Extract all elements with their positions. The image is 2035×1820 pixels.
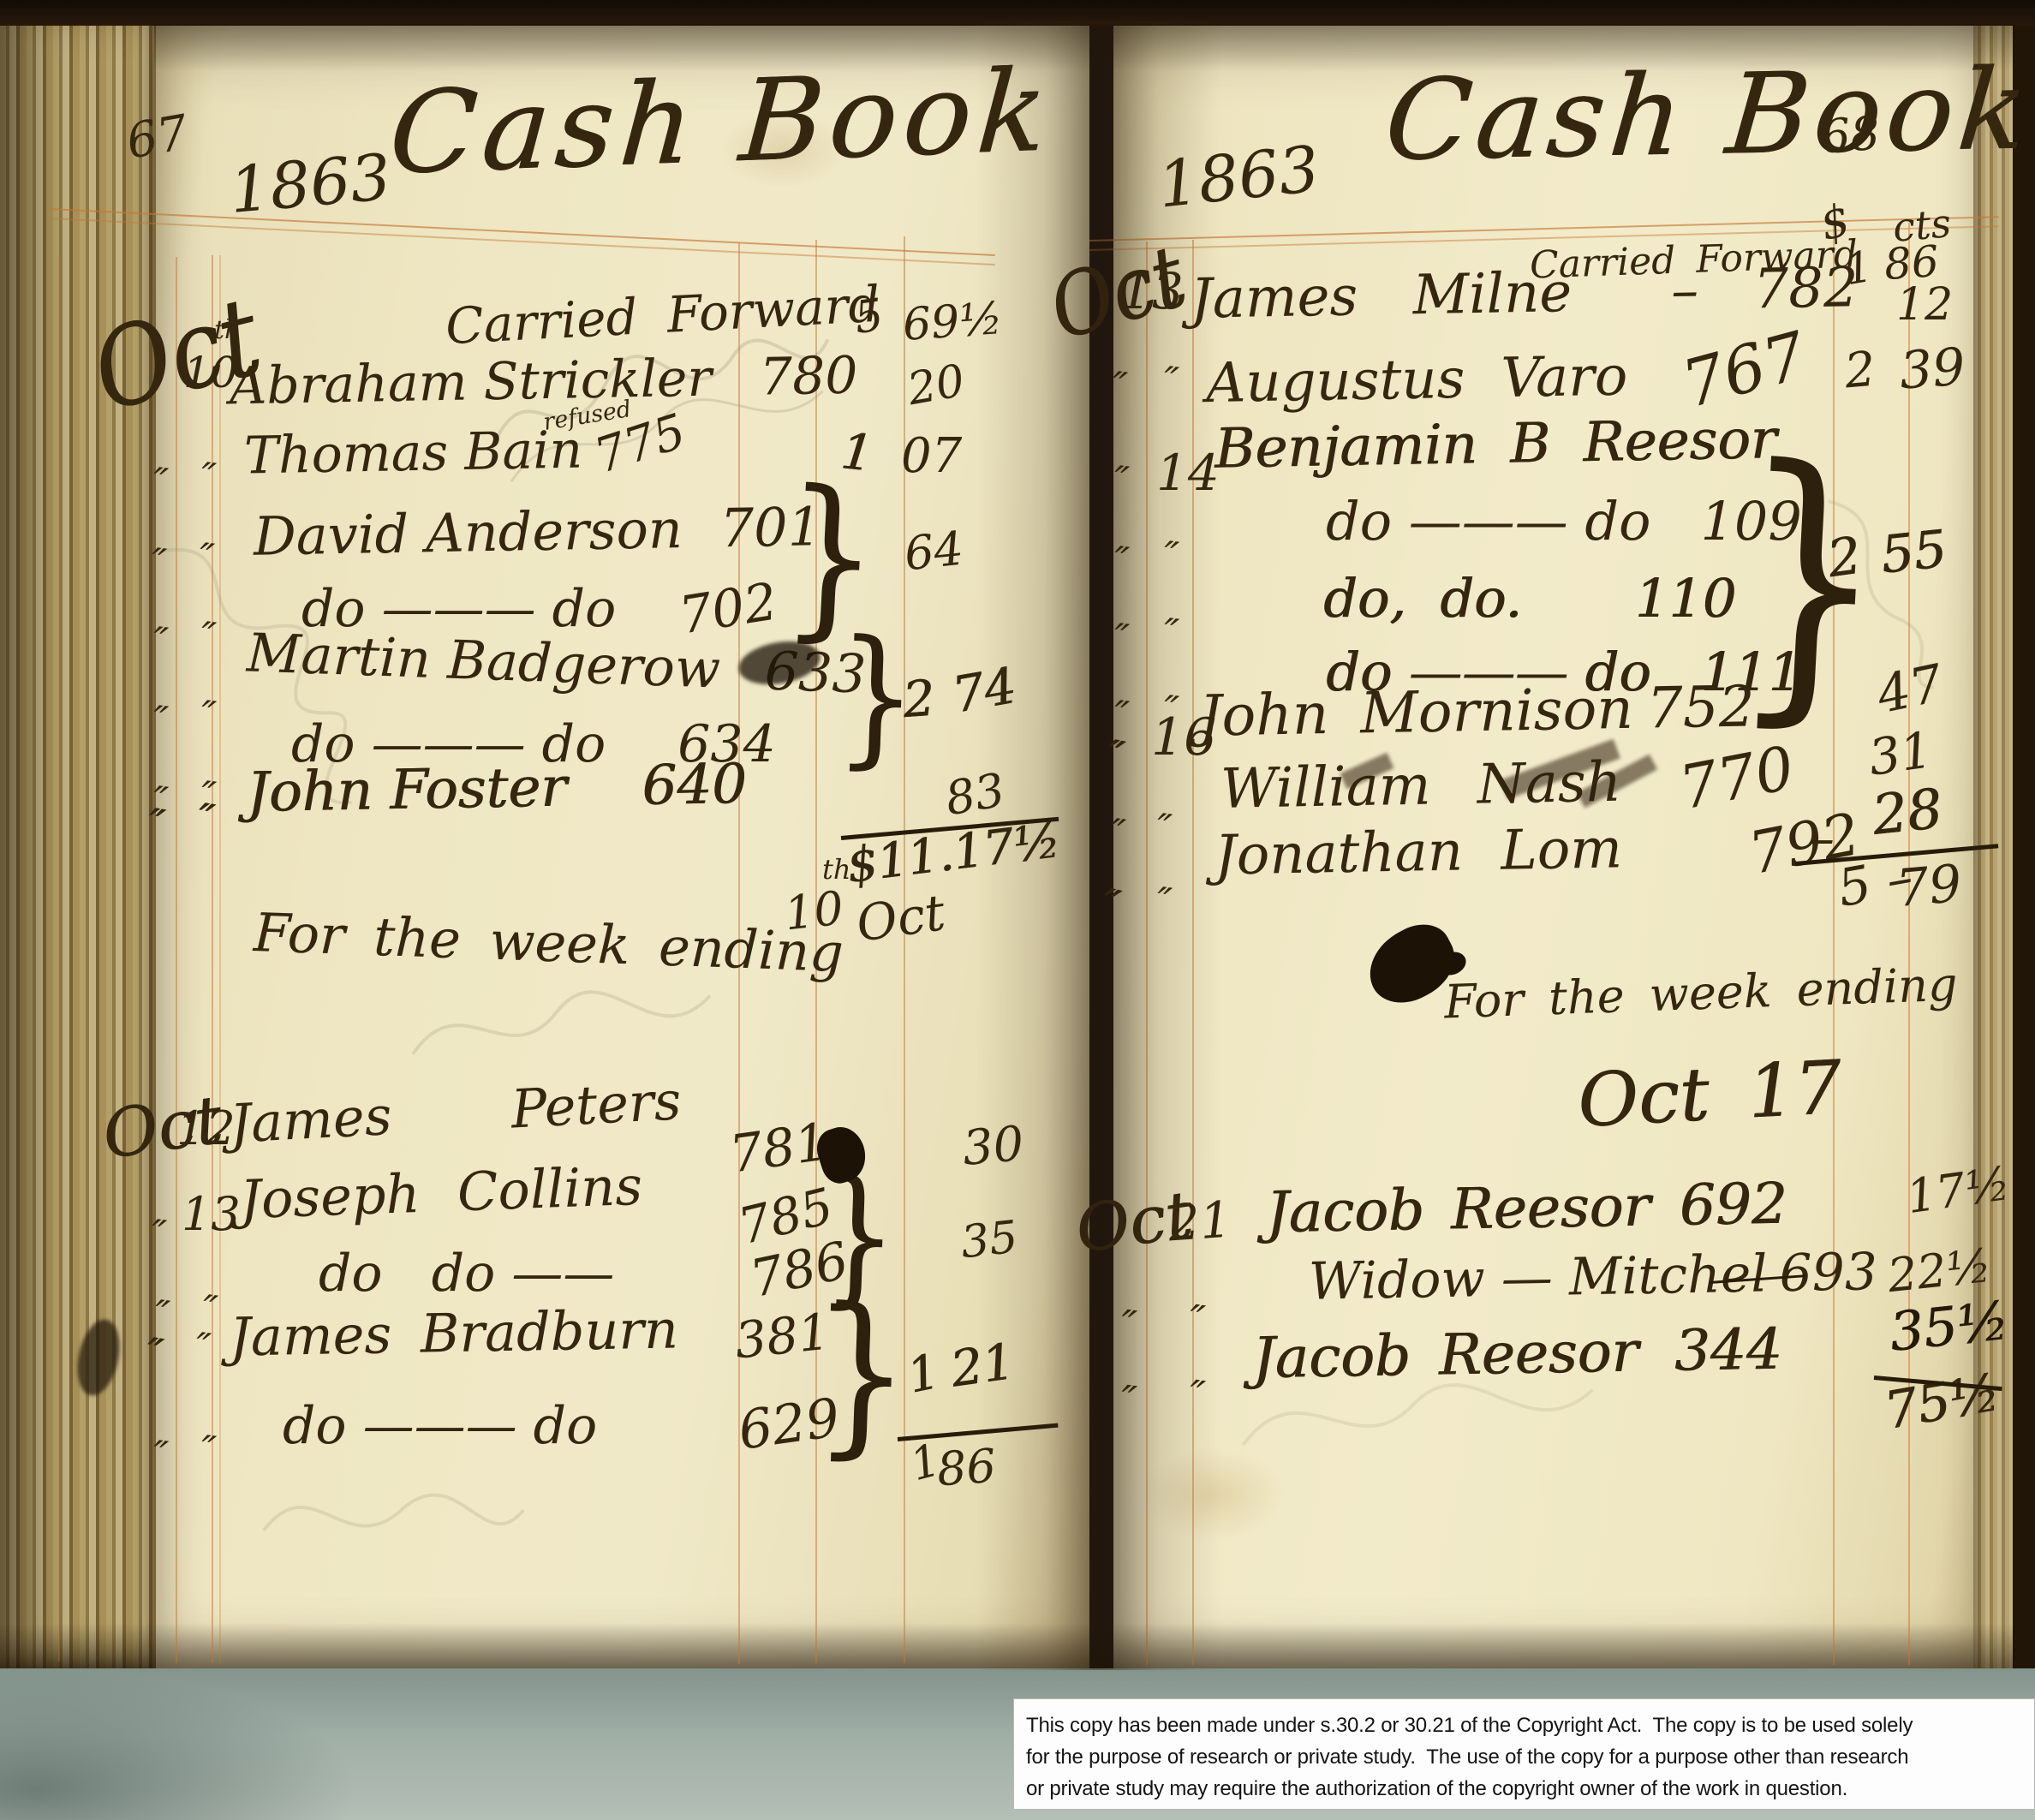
entry-ref: 381 — [732, 1302, 832, 1369]
entry-name: Abraham Strickler — [229, 349, 712, 417]
week-note-month: Oct — [853, 883, 949, 953]
amount-cents: 20 — [904, 355, 969, 416]
entry-ref: 110 — [1635, 567, 1736, 630]
year: 1863 — [227, 140, 394, 228]
entry-day: 13 — [1120, 262, 1184, 320]
amount-dollars: 1 — [838, 421, 876, 482]
entry-name: David Anderson — [253, 498, 683, 568]
entry-ref: 770 — [1674, 732, 1799, 823]
column-rule — [1908, 223, 1910, 1665]
entry-name: Jacob Reesor — [1251, 1319, 1638, 1392]
book-page-edges-left — [0, 7, 163, 1668]
page-number: 67 — [122, 104, 192, 170]
entry-name: Widow — Mitchel — [1308, 1244, 1768, 1311]
entry-ref: 701 — [719, 495, 822, 559]
copyright-line-3: or private study may require the authori… — [1026, 1773, 2022, 1805]
book-cover-right — [2013, 0, 2035, 1704]
amount-cents: 55 — [1878, 519, 1949, 586]
entry-day: 12 — [176, 1101, 236, 1155]
entry-day: 21 — [1167, 1190, 1233, 1253]
amount-cents: 83 — [941, 763, 1009, 826]
total-cents: 79 — [1894, 854, 1964, 919]
entry-day: 14 — [1156, 444, 1220, 502]
page-number: 68 — [1819, 106, 1882, 164]
amount-cents: 12 — [1896, 279, 1953, 331]
entry-name: do, do. — [1323, 567, 1522, 630]
bleed-through-mark — [252, 1435, 537, 1596]
entry-ref: 109 — [1700, 490, 1801, 552]
page-title: Cash Book — [1380, 44, 2035, 185]
column-rule — [1146, 242, 1148, 1665]
column-rule — [219, 255, 221, 1663]
copyright-line-1: This copy has been made under s.30.2 or … — [1026, 1710, 2022, 1741]
amount-cents: 21 — [947, 1332, 1018, 1399]
entry-ref: 702 — [675, 571, 781, 646]
entry-name: James Milne — [1190, 261, 1572, 331]
copyright-line-2: for the purpose of research or private s… — [1026, 1741, 2022, 1773]
entry-ref: – 782 — [1670, 256, 1859, 323]
amount-cents: 30 — [960, 1116, 1026, 1177]
scanned-ledger-image: 67 1863 Cash Book Carried Forward 5 69½ … — [0, 0, 2035, 1820]
amount-dollars: 2 — [901, 669, 937, 729]
entry-name: Augustus Varo — [1206, 345, 1628, 416]
copyright-notice: This copy has been made under s.30.2 or … — [1013, 1698, 2035, 1810]
entry-name: do ——— do — [283, 1396, 597, 1456]
total-cents: 86 — [935, 1439, 998, 1497]
column-rule — [58, 257, 60, 1662]
entry-name: do do —— — [319, 1244, 614, 1304]
bottom-shadow — [0, 1623, 2014, 1673]
page-title: Cash Book — [385, 45, 1057, 200]
amount-cents: 74 — [948, 656, 1020, 725]
book-page-edges-right — [1973, 17, 2016, 1683]
entry-name: Jacob Reesor — [1265, 1173, 1650, 1245]
amount-cents: 35 — [958, 1212, 1020, 1269]
entry-ref: 692 — [1679, 1171, 1787, 1238]
entry-name: do ——— do — [1326, 490, 1650, 552]
scanner-bed-shadow — [0, 1668, 360, 1820]
entry-ref: 640 — [642, 753, 747, 818]
entry-name: John Foster — [246, 756, 567, 826]
entry-ref: 344 — [1674, 1316, 1782, 1384]
entry-day-suffix: th — [214, 315, 241, 345]
entry-day: 13 — [182, 1187, 241, 1241]
amount-cents: 64 — [902, 522, 966, 582]
amount-cents: 07 — [901, 428, 962, 484]
entry-ref: 693 — [1779, 1242, 1878, 1304]
amount-cents: 28 — [1869, 778, 1945, 848]
entry-ref: 767 — [1674, 317, 1814, 423]
amount-cents: 39 — [1898, 337, 1967, 401]
week-note-day: 10 — [782, 881, 846, 941]
entry-name: Jonathan Lom — [1214, 817, 1622, 887]
entry-name: John Mornison — [1198, 676, 1633, 749]
amount-cents: 31 — [1865, 720, 1937, 787]
week-note-date: Oct 17 — [1576, 1045, 1844, 1144]
amount-dollars: 2 — [1842, 342, 1877, 400]
book-cover-top — [0, 0, 2035, 26]
entry-name: Thomas Bain — [243, 421, 582, 486]
entry-name: James Bradburn — [229, 1298, 678, 1368]
amount-cents: 35½ — [1887, 1289, 2012, 1364]
amount-cents: 69½ — [901, 293, 1004, 351]
entry-name: Benjamin B Reesor — [1214, 408, 1776, 480]
entry-ref: 752 — [1646, 673, 1755, 741]
column-rule — [176, 257, 177, 1663]
entry-ref: 780 — [759, 346, 858, 408]
week-note-day-suffix: th — [822, 853, 850, 886]
